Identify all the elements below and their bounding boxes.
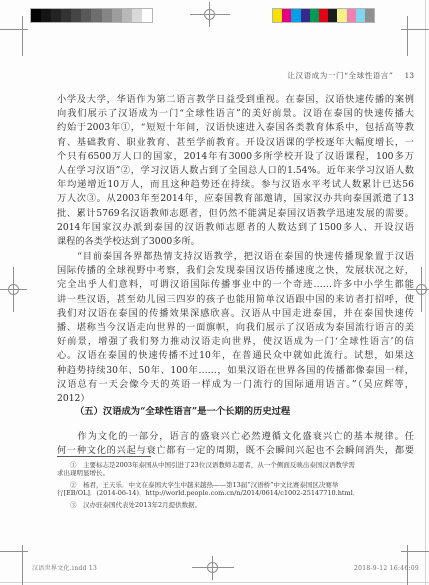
text-line: 国际传播的全球视野中考察，我们会发现泰国汉语传播速度之快，发展状况之好， (57, 264, 414, 278)
calibration-step (122, 9, 132, 22)
calibration-step (91, 9, 101, 22)
calibration-step (61, 9, 71, 22)
running-head: 让汉语成为一门“全球性语言”13 (57, 71, 414, 81)
section-heading: （五）汉语成为“全球性语言”是一个长期的历史过程 (57, 405, 414, 419)
text-line: ① 主要标志是2003年泰国从中国引进了23位汉语教师志愿者，从一个侧面反映出泰… (57, 461, 414, 469)
running-head-title: 让汉语成为一门“全球性语言” (287, 71, 393, 80)
text-line: ② 杨君，王天乐．中文在泰国大学生中越来越热——第13届“汉语桥”中文比赛泰国区… (57, 481, 414, 489)
text-line: 课程的各类学校达到了3000多所。 (57, 235, 414, 249)
text-line: 向我们展示了汉语成为一门“全球性语言”的美好前景。汉语在泰国的快速传播大 (57, 107, 414, 121)
text-line: 年均递增近10万人，而且这种趋势还在持续。参与汉语水平考试人数累计已达56 (57, 178, 414, 192)
calibration-step (102, 9, 112, 22)
text-line: 讲一些汉语，甚至幼儿园三四岁的孩子也能用简单汉语跟中国的来访者打招呼，使 (57, 293, 414, 307)
text-line: 行[EB/OL]．(2014-06-14)．http://world.peopl… (57, 489, 414, 497)
calibration-step (319, 9, 328, 22)
text-line: 播、堪称当今汉语走向世界的一面旗帜，向我们展示了汉语成为泰国流行语言的美 (57, 321, 414, 335)
text-line: “目前泰国各界都热情支持汉语教学，把汉语在泰国的快速传播现象置于汉语 (57, 250, 414, 264)
calibration-step (112, 9, 122, 22)
calibration-step (51, 9, 61, 22)
calibration-step (310, 9, 319, 22)
footnote-2: ② 杨君，王天乐．中文在泰国大学生中越来越热——第13届“汉语桥”中文比赛泰国区… (57, 481, 414, 498)
text-line: 育、基础教育、职业教育、甚至学前教育。开设汉语课的学校逐年大幅度增长，一 (57, 136, 414, 150)
text-line: 作为文化的一部分，语言的盛衰兴亡必然遵循文化盛衰兴亡的基本规律。任 (57, 430, 414, 444)
footnote-separator-rule (57, 456, 151, 457)
text-line: 完全出乎人们意料，可谓汉语国际传播事业中的一个奇迹……许多中小学生都能 (57, 278, 414, 292)
text-line: 心。汉语在泰国的快速传播不过10年，在普通民众中就如此流行。试想，如果这 (57, 349, 414, 363)
grayscale-calibration-bar (30, 8, 153, 23)
text-line: 2014年国家汉办派到泰国的汉语教师志愿者的人数达到了1500多人、开设汉语 (57, 221, 414, 235)
crop-mark-top-right-h (401, 29, 429, 30)
calibration-step (347, 9, 356, 22)
paragraph-1: 小学及大学，华语作为第二语言教学日益受到重视。在泰国，汉语快速传播的案例向我们展… (57, 93, 414, 249)
footnote-3: ③ 汉办驻泰国代表处2013年2月提供数据。 (57, 501, 414, 509)
calibration-step (31, 9, 41, 22)
calibration-step (41, 9, 51, 22)
text-line: 万人次③。从2003年至2014年，应泰国教育部邀请，国家汉办共向泰国派遣了13 (57, 192, 414, 206)
text-line: 人在学习汉语”②，学习汉语人数占到了全国总人口的1.54%。近年来学习汉语人数 (57, 164, 414, 178)
text-line: 我们对汉语在泰国的传播效果深感欣喜。汉语从中国走进泰国，并在泰国快速传 (57, 307, 414, 321)
printed-page-proof: 让汉语成为一门“全球性语言”13 小学及大学，华语作为第二语言教学日益受到重视。… (0, 0, 429, 585)
calibration-step (328, 9, 337, 22)
registration-mark-right-circle (416, 284, 427, 295)
crop-mark-bottom-left-v (22, 545, 23, 585)
paragraph-3: 作为文化的一部分，语言的盛衰兴亡必然遵循文化盛衰兴亡的基本规律。任何一种文化的兴… (57, 430, 414, 458)
crop-mark-bottom-left-h (0, 551, 28, 552)
footnotes: ① 主要标志是2003年泰国从中国引进了23位汉语教师志愿者，从一个侧面反映出泰… (57, 461, 414, 513)
crop-mark-top-right-v (407, 16, 408, 56)
text-line: 小学及大学，华语作为第二语言教学日益受到重视。在泰国，汉语快速传播的案例 (57, 93, 414, 107)
calibration-step (282, 9, 291, 22)
text-line: 2012） (57, 392, 414, 406)
calibration-step (71, 9, 81, 22)
footnote-1: ① 主要标志是2003年泰国从中国引进了23位汉语教师志愿者，从一个侧面反映出泰… (57, 461, 414, 478)
calibration-step (142, 9, 152, 22)
paragraph-2-quote: “目前泰国各界都热情支持汉语教学，把汉语在泰国的快速传播现象置于汉语国际传播的全… (57, 250, 414, 406)
text-line: 约始于2003年①，“短短十年间，汉语快速进入泰国各类教育体系中，包括高等教 (57, 121, 414, 135)
crop-mark-bottom-right-h (401, 551, 429, 552)
slug-filename: 汉语世界文化.indd 13 (32, 565, 97, 573)
calibration-step (291, 9, 300, 22)
crop-mark-top-left-h (0, 29, 28, 30)
registration-mark-left-circle (8, 284, 19, 295)
text-line: ③ 汉办驻泰国代表处2013年2月提供数据。 (57, 501, 414, 509)
calibration-step (81, 9, 91, 22)
color-calibration-bar (272, 8, 375, 23)
text-line: 种趋势持续30年、50年、100年……，如果汉语在世界各国的传播都像泰国一样， (57, 364, 414, 378)
registration-mark-bottom-circle (207, 562, 218, 573)
text-line: 求出现明显增长。 (57, 469, 414, 477)
text-line: 批、累计5769名汉语教师志愿者，但仍然不能满足泰国汉语教学迅速发展的需要。 (57, 207, 414, 221)
page-edge-bottom (0, 582, 429, 583)
text-line: 个只有6500万人口的国家，2014年有3000多所学校开设了汉语课程，100多… (57, 150, 414, 164)
text-line: 汉语总有一天会像今天的英语一样成为一门流行的国际通用语言。”（吴应辉等， (57, 378, 414, 392)
registration-mark-top-circle (204, 9, 215, 20)
text-line: 好前景，增强了我们努力推动汉语走向世界，使汉语成为一门‘全球性语言’的信 (57, 335, 414, 349)
calibration-step (273, 9, 282, 22)
calibration-step (337, 9, 346, 22)
slug-timestamp: 2018-9-12 16:46:09 (354, 565, 419, 573)
calibration-step (365, 9, 374, 22)
calibration-step (301, 9, 310, 22)
page-number: 13 (404, 71, 414, 80)
calibration-step (356, 9, 365, 22)
calibration-step (132, 9, 142, 22)
crop-mark-top-left-v (22, 16, 23, 56)
